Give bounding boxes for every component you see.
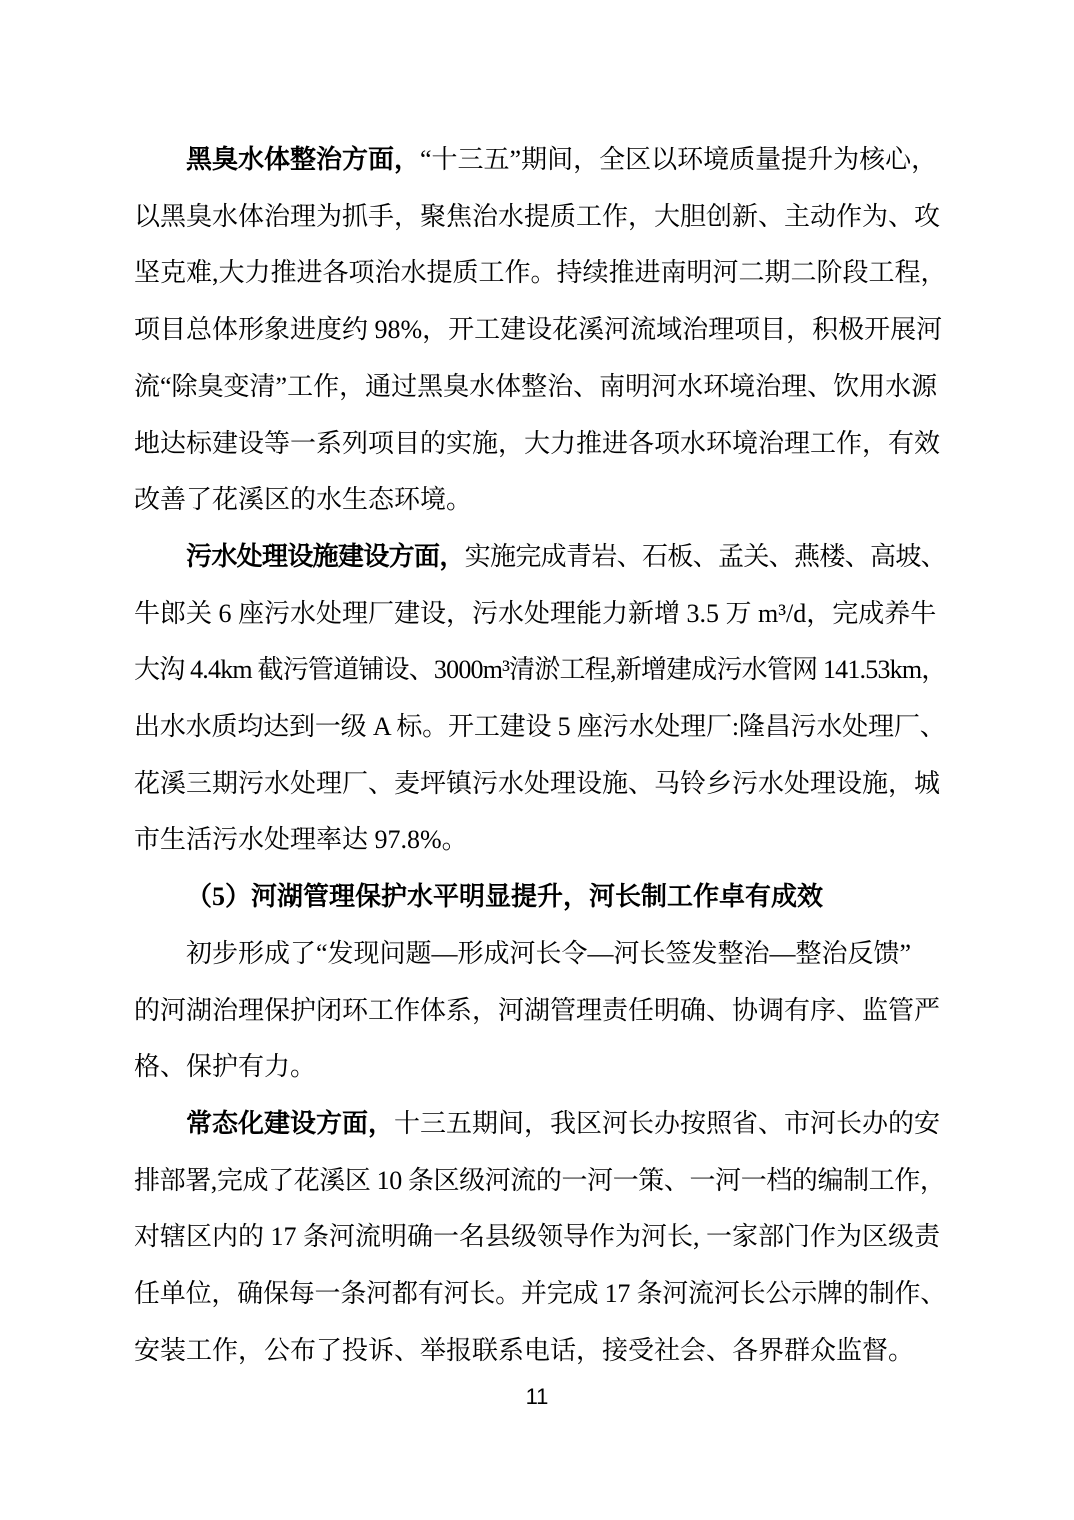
text-run: 排部署,完成了花溪区 10 条区级河流的一河一策、一河一档的编制工作， <box>134 1166 946 1195</box>
bold-text-run: 污水处理设施建设方面， <box>186 542 465 571</box>
text-line: 以黑臭水体治理为抓手，聚焦治水提质工作，大胆创新、主动作为、攻 <box>134 189 946 246</box>
paragraph: 初步形成了“发现问题—形成河长令—河长签发整治—整治反馈”的河湖治理保护闭环工作… <box>134 926 946 1096</box>
bold-text-run: （5）河湖管理保护水平明显提升，河长制工作卓有成效 <box>186 882 823 911</box>
text-run: “十三五”期间，全区以环境质量提升为核心， <box>420 145 937 174</box>
paragraph: 黑臭水体整治方面，“十三五”期间，全区以环境质量提升为核心，以黑臭水体治理为抓手… <box>134 132 946 529</box>
text-run: 出水水质均达到一级 A 标。开工建设 5 座污水处理厂:隆昌污水处理厂、 <box>134 712 946 741</box>
text-line: 的河湖治理保护闭环工作体系，河湖管理责任明确、协调有序、监管严 <box>134 983 946 1040</box>
text-line: 任单位，确保每一条河都有河长。并完成 17 条河流河长公示牌的制作、 <box>134 1266 946 1323</box>
text-line: 地达标建设等一系列项目的实施，大力推进各项水环境治理工作，有效 <box>134 416 946 473</box>
text-line: 常态化建设方面，十三五期间，我区河长办按照省、市河长办的安 <box>134 1096 946 1153</box>
text-line: （5）河湖管理保护水平明显提升，河长制工作卓有成效 <box>134 869 946 926</box>
document-body: 黑臭水体整治方面，“十三五”期间，全区以环境质量提升为核心，以黑臭水体治理为抓手… <box>134 132 946 1379</box>
text-run: 牛郎关 6 座污水处理厂建设，污水处理能力新增 3.5 万 m³/d，完成养牛 <box>134 599 936 628</box>
text-run: 实施完成青岩、石板、孟关、燕楼、高坡、 <box>465 542 946 571</box>
text-run: 地达标建设等一系列项目的实施，大力推进各项水环境治理工作，有效 <box>134 429 940 458</box>
text-line: 改善了花溪区的水生态环境。 <box>134 472 946 529</box>
section-heading: （5）河湖管理保护水平明显提升，河长制工作卓有成效 <box>134 869 946 926</box>
text-run: 以黑臭水体治理为抓手，聚焦治水提质工作，大胆创新、主动作为、攻 <box>134 202 940 231</box>
page-number: 11 <box>0 1382 1074 1412</box>
text-line: 大沟 4.4km 截污管道铺设、3000m³清淤工程,新增建成污水管网 141.… <box>134 642 946 699</box>
text-run: 对辖区内的 17 条河流明确一名县级领导作为河长, 一家部门作为区级责 <box>134 1222 940 1251</box>
text-line: 花溪三期污水处理厂、麦坪镇污水处理设施、马铃乡污水处理设施，城 <box>134 756 946 813</box>
text-line: 污水处理设施建设方面，实施完成青岩、石板、孟关、燕楼、高坡、 <box>134 529 946 586</box>
text-line: 出水水质均达到一级 A 标。开工建设 5 座污水处理厂:隆昌污水处理厂、 <box>134 699 946 756</box>
text-line: 市生活污水处理率达 97.8%。 <box>134 812 946 869</box>
text-run: 格、保护有力。 <box>134 1052 316 1081</box>
text-line: 流“除臭变清”工作，通过黑臭水体整治、南明河水环境治理、饮用水源 <box>134 359 946 416</box>
paragraph: 常态化建设方面，十三五期间，我区河长办按照省、市河长办的安排部署,完成了花溪区 … <box>134 1096 946 1380</box>
text-line: 安装工作，公布了投诉、举报联系电话，接受社会、各界群众监督。 <box>134 1323 946 1380</box>
text-run: 项目总体形象进度约 98%，开工建设花溪河流域治理项目，积极开展河 <box>134 315 942 344</box>
paragraph: 污水处理设施建设方面，实施完成青岩、石板、孟关、燕楼、高坡、牛郎关 6 座污水处… <box>134 529 946 869</box>
text-line: 格、保护有力。 <box>134 1039 946 1096</box>
bold-text-run: 黑臭水体整治方面， <box>186 145 420 174</box>
text-run: 任单位，确保每一条河都有河长。并完成 17 条河流河长公示牌的制作、 <box>134 1279 946 1308</box>
text-line: 项目总体形象进度约 98%，开工建设花溪河流域治理项目，积极开展河 <box>134 302 946 359</box>
text-run: 的河湖治理保护闭环工作体系，河湖管理责任明确、协调有序、监管严 <box>134 996 940 1025</box>
text-run: 初步形成了“发现问题—形成河长令—河长签发整治—整治反馈” <box>186 939 911 968</box>
text-run: 大沟 4.4km 截污管道铺设、3000m³清淤工程,新增建成污水管网 141.… <box>134 655 946 684</box>
text-run: 改善了花溪区的水生态环境。 <box>134 485 472 514</box>
text-line: 排部署,完成了花溪区 10 条区级河流的一河一策、一河一档的编制工作， <box>134 1153 946 1210</box>
text-line: 牛郎关 6 座污水处理厂建设，污水处理能力新增 3.5 万 m³/d，完成养牛 <box>134 586 946 643</box>
text-run: 花溪三期污水处理厂、麦坪镇污水处理设施、马铃乡污水处理设施，城 <box>134 769 940 798</box>
bold-text-run: 常态化建设方面， <box>186 1109 394 1138</box>
text-run: 流“除臭变清”工作，通过黑臭水体整治、南明河水环境治理、饮用水源 <box>134 372 937 401</box>
text-run: 市生活污水处理率达 97.8%。 <box>134 825 468 854</box>
text-line: 黑臭水体整治方面，“十三五”期间，全区以环境质量提升为核心， <box>134 132 946 189</box>
text-run: 坚克难,大力推进各项治水提质工作。持续推进南明河二期二阶段工程， <box>134 258 947 287</box>
text-line: 对辖区内的 17 条河流明确一名县级领导作为河长, 一家部门作为区级责 <box>134 1209 946 1266</box>
text-run: 十三五期间，我区河长办按照省、市河长办的安 <box>394 1109 940 1138</box>
text-line: 初步形成了“发现问题—形成河长令—河长签发整治—整治反馈” <box>134 926 946 983</box>
text-run: 安装工作，公布了投诉、举报联系电话，接受社会、各界群众监督。 <box>134 1336 914 1365</box>
document-page: 黑臭水体整治方面，“十三五”期间，全区以环境质量提升为核心，以黑臭水体治理为抓手… <box>0 0 1074 1520</box>
text-line: 坚克难,大力推进各项治水提质工作。持续推进南明河二期二阶段工程， <box>134 245 946 302</box>
